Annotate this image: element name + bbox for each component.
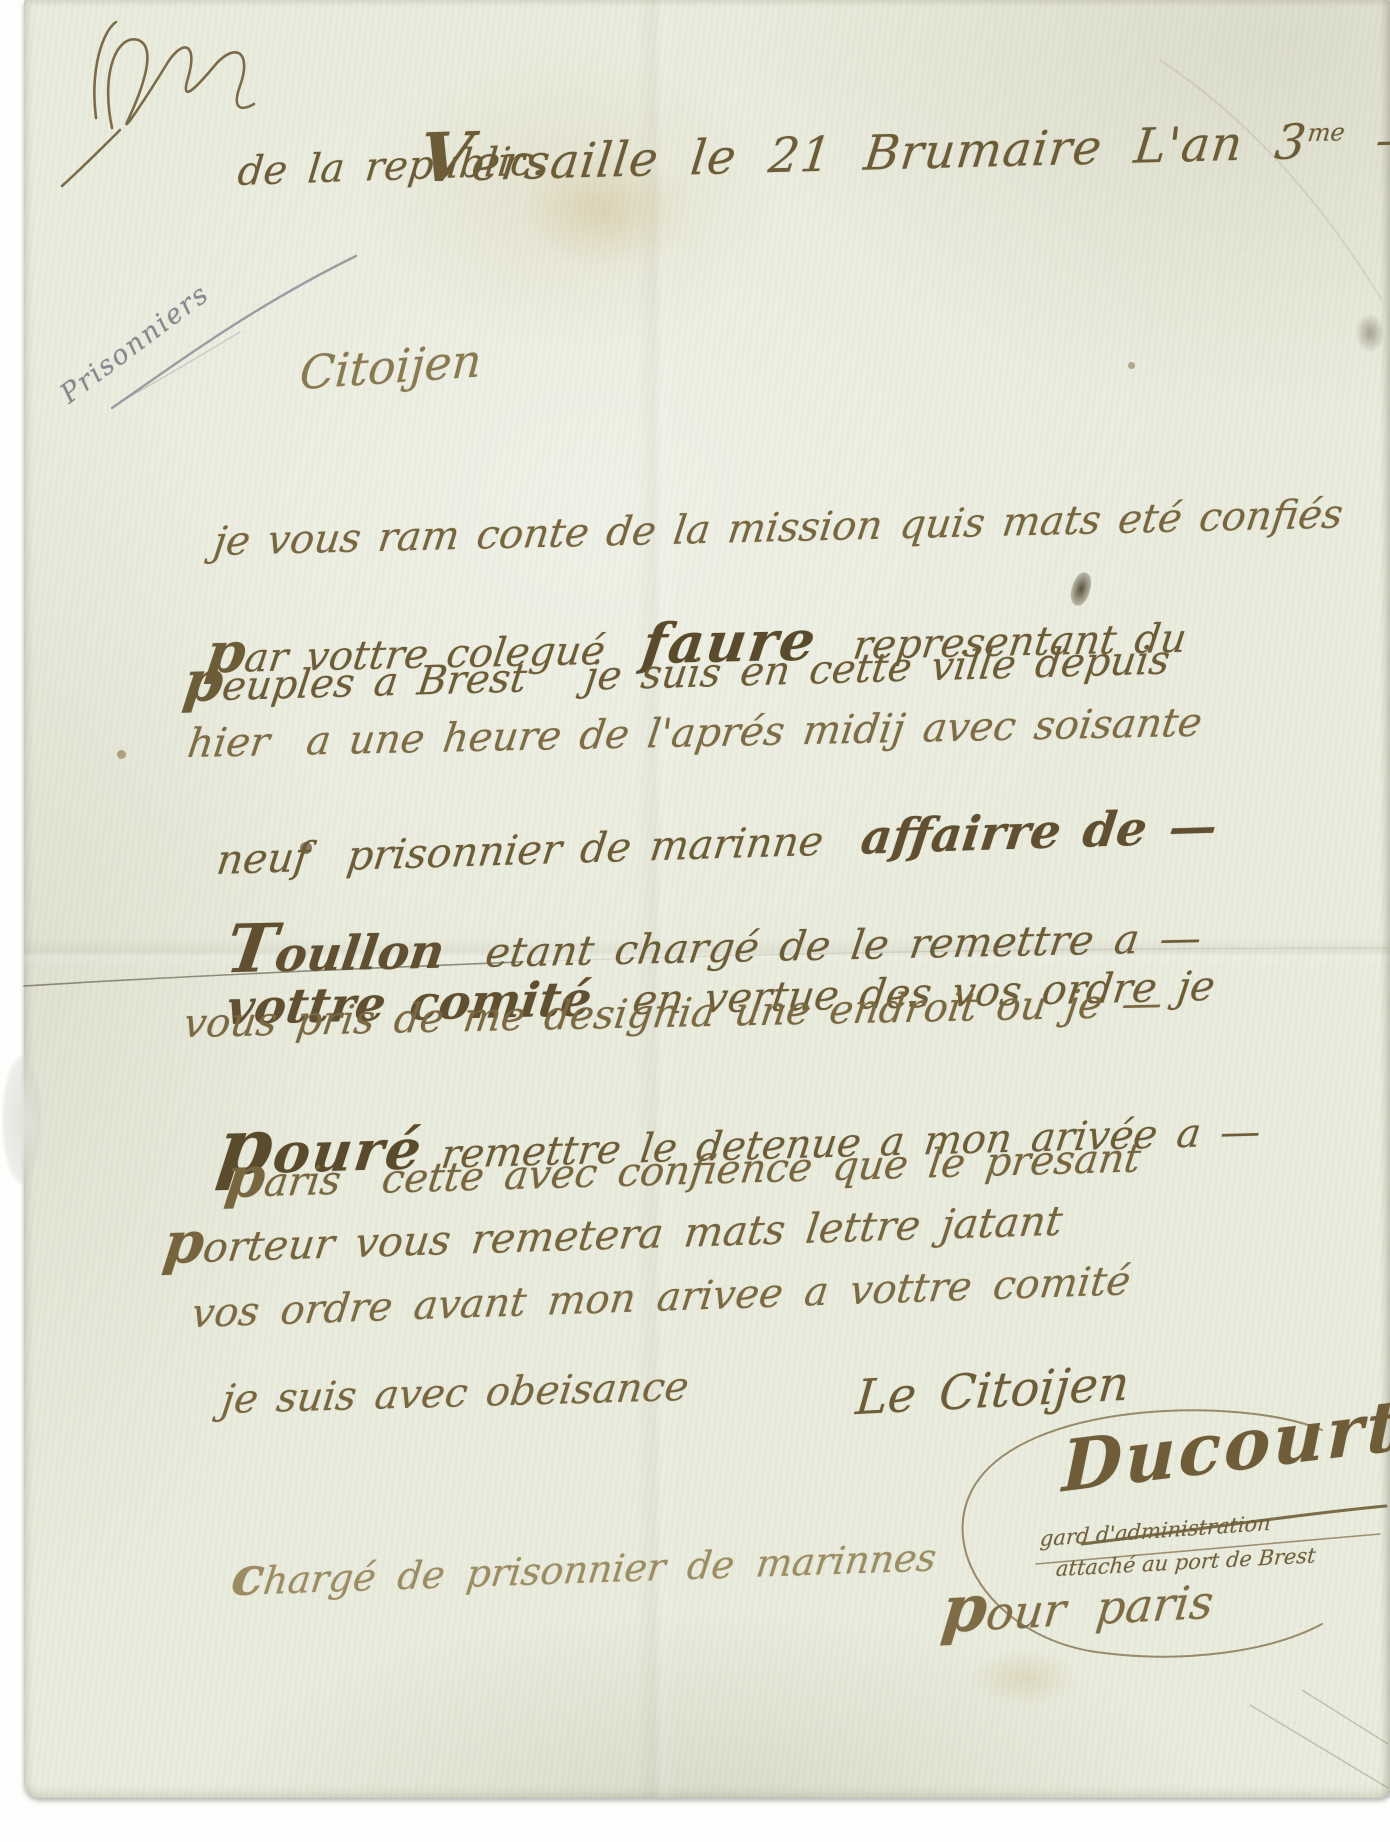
scanned-letter-page: { "colors": { "paper": "#e9ebdc", "ink_m… [0, 0, 1390, 1842]
destination-note: pour paris [938, 1562, 1217, 1648]
dateline-ordinal: me [1306, 118, 1346, 147]
dateline-dash: — [1341, 111, 1390, 169]
